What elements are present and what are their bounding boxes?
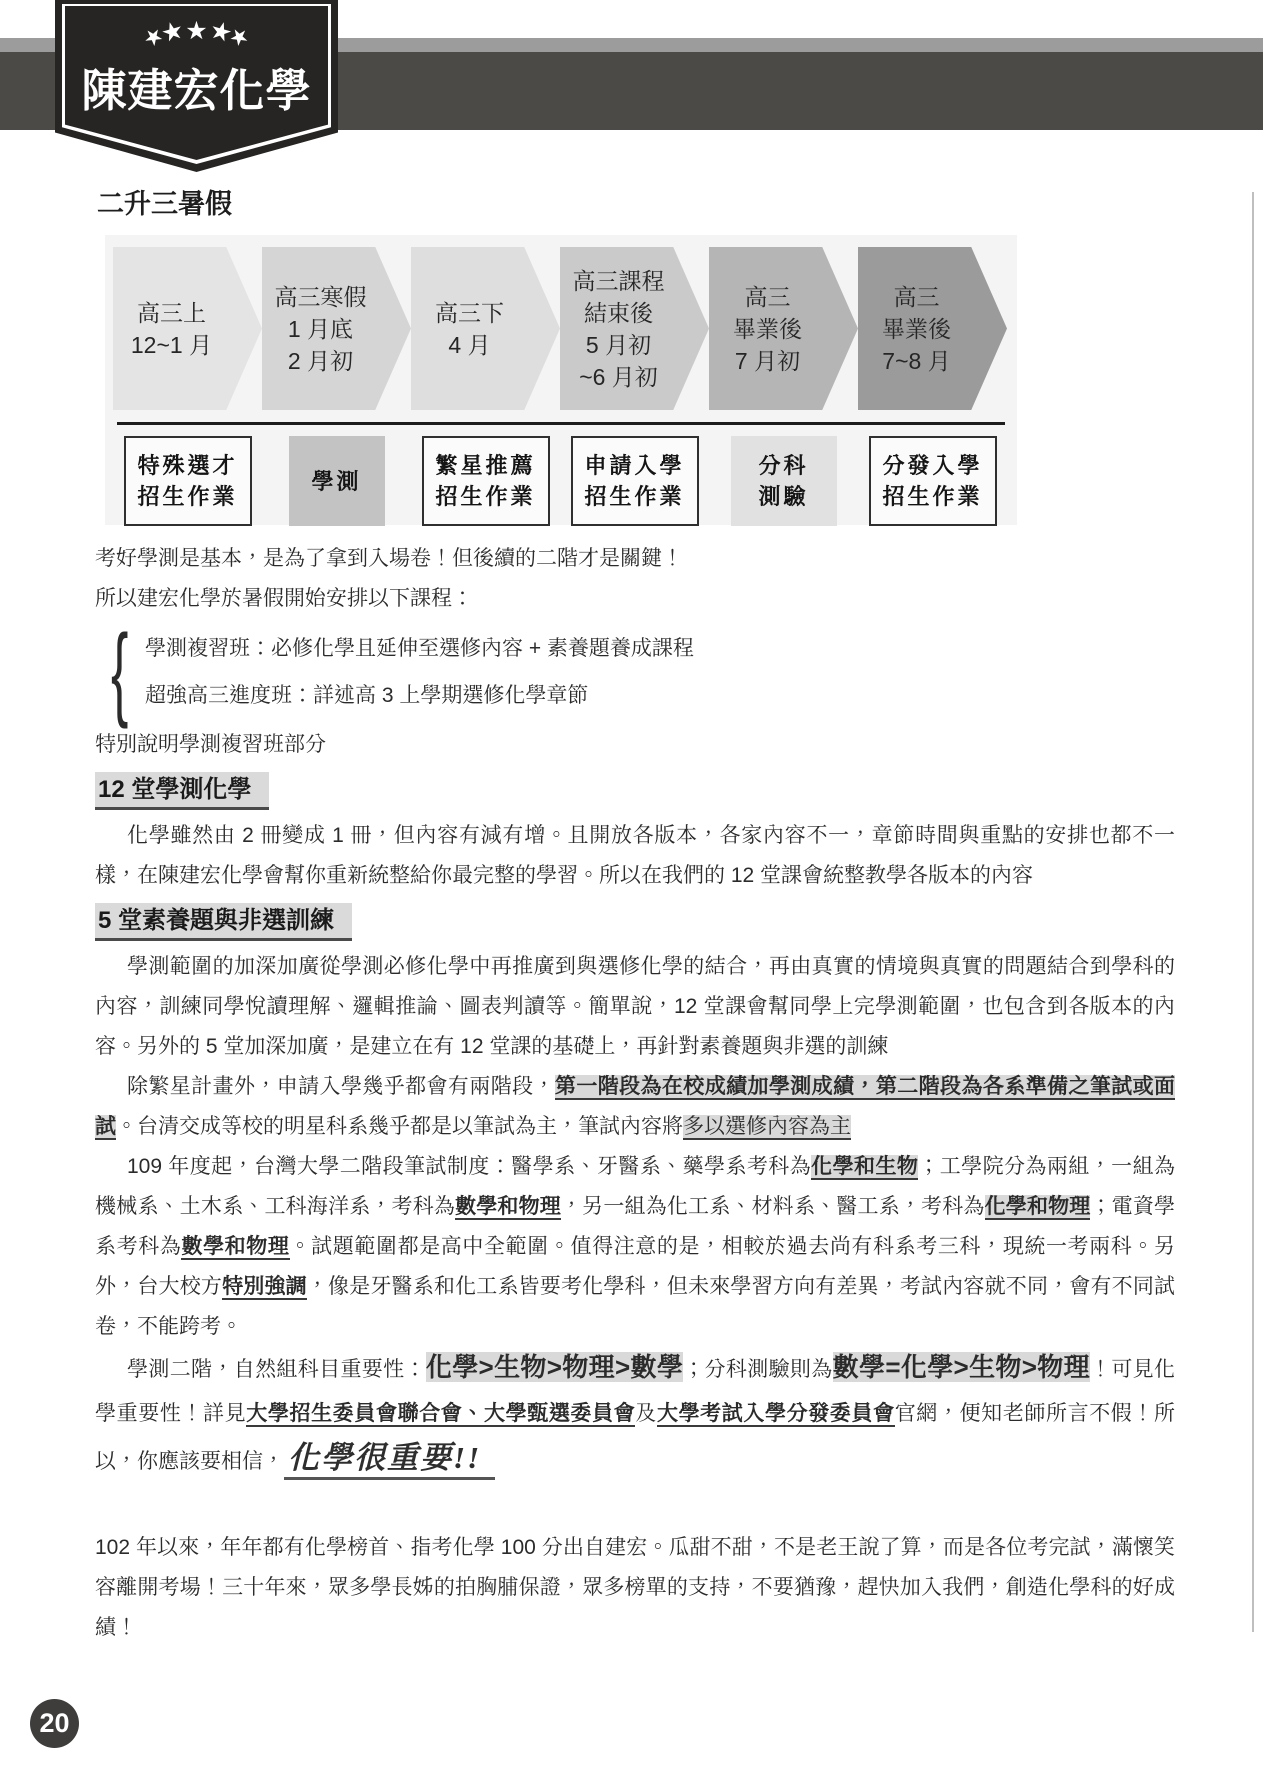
paragraph-intro-1: 考好學測是基本，是為了拿到入場卷！但後續的二階才是關鍵！ xyxy=(95,539,1175,579)
arrow-label: 高三上 xyxy=(137,297,206,329)
text-segment: ，另一組為化工系、材料系、醫工系，考科為 xyxy=(561,1195,985,1218)
arrow-label: 7 月初 xyxy=(735,345,800,377)
timeline-arrow: 高三課程結束後5 月初~6 月初 xyxy=(560,247,709,410)
timeline-arrow: 高三寒假1 月底2 月初 xyxy=(262,247,411,410)
arrow-label: 畢業後 xyxy=(733,313,802,345)
paragraph-note: 特別說明學測複習班部分 xyxy=(95,725,1175,765)
event-label: 繁星推薦 xyxy=(424,450,548,481)
arrow-label: 1 月底 xyxy=(288,313,353,345)
brace-icon: { xyxy=(111,622,128,722)
section-title: 二升三暑假 xyxy=(97,182,1263,221)
arrow-label: 7~8 月 xyxy=(882,345,950,377)
highlight-elective-content: 多以選修內容為主 xyxy=(683,1115,851,1140)
heading-5-classes: 5 堂素養題與非選訓練 xyxy=(95,903,352,941)
event-label: 分科 xyxy=(731,450,837,481)
event-label: 招生作業 xyxy=(573,481,697,512)
event-label: 測驗 xyxy=(731,481,837,512)
body-text: 考好學測是基本，是為了拿到入場卷！但後續的二階才是關鍵！ 所以建宏化學於暑假開始… xyxy=(95,539,1175,1648)
timeline-separator xyxy=(117,422,1005,425)
event-label: 分發入學 xyxy=(871,450,995,481)
highlight-chem-phys: 化學和物理 xyxy=(985,1195,1091,1220)
page-number-badge: 20 xyxy=(30,1699,79,1748)
timeline-diagram: 高三上12~1 月 高三寒假1 月底2 月初 高三下4 月 高三課程結束後5 月… xyxy=(105,235,1017,525)
course-brace-list: { 學測複習班：必修化學且延伸至選修內容 + 素養題養成課程 超強高三進度班：詳… xyxy=(111,622,1175,722)
highlight-math-phys-1: 數學和物理 xyxy=(455,1195,561,1220)
event-label: 特殊選才 xyxy=(126,450,250,481)
event-label: 招生作業 xyxy=(871,481,995,512)
course-item-1: 學測複習班：必修化學且延伸至選修內容 + 素養題養成課程 xyxy=(145,625,694,672)
event-box-gsat: 學測 xyxy=(289,436,385,526)
paragraph-12-classes: 化學雖然由 2 冊變成 1 冊，但內容有減有增。且開放各版本，各家內容不一，章節… xyxy=(95,816,1175,896)
paragraph-intro-2: 所以建宏化學於暑假開始安排以下課程： xyxy=(95,579,1175,619)
timeline-arrow: 高三下4 月 xyxy=(411,247,560,410)
highlight-ast-ranking: 數學=化學>生物>物理 xyxy=(833,1352,1090,1382)
event-label: 招生作業 xyxy=(126,481,250,512)
page-number: 20 xyxy=(39,1708,69,1739)
timeline-event-row: 特殊選才招生作業 學測 繁星推薦招生作業 申請入學招生作業 分科測驗 分發入學招… xyxy=(113,436,1009,526)
highlight-committee-2: 大學考試入學分發委員會 xyxy=(657,1402,895,1427)
paragraph-subject-importance: 學測二階，自然組科目重要性：化學>生物>物理>數學；分科測驗則為數學=化學>生物… xyxy=(95,1347,1175,1484)
brand-badge: ★★★★★ 陳建宏化學 xyxy=(55,0,338,172)
slogan-chemistry-important: 化學很重要!! xyxy=(284,1440,495,1480)
arrow-label: 12~1 月 xyxy=(131,329,212,361)
highlight-special-emphasis: 特別強調 xyxy=(222,1275,307,1300)
event-label: 學測 xyxy=(289,466,385,497)
course-item-2: 超強高三進度班：詳述高 3 上學期選修化學章節 xyxy=(145,672,694,719)
arrow-label: 高三課程 xyxy=(573,265,665,297)
paragraph-ntu-exam-system: 109 年度起，台灣大學二階段筆試制度：醫學系、牙醫系、藥學系考科為化學和生物；… xyxy=(95,1147,1175,1347)
event-label: 招生作業 xyxy=(424,481,548,512)
timeline-arrow: 高三畢業後7~8 月 xyxy=(858,247,1007,410)
text-segment: 及 xyxy=(635,1402,657,1425)
text-segment: ；分科測驗則為 xyxy=(683,1358,832,1381)
text-segment: 學測二階，自然組科目重要性： xyxy=(127,1358,426,1381)
arrow-label: 高三寒假 xyxy=(275,281,367,313)
event-box-application: 申請入學招生作業 xyxy=(571,436,699,526)
event-box-ast: 分科測驗 xyxy=(731,436,837,526)
arrow-label: 5 月初 xyxy=(586,329,651,361)
brand-name: 陳建宏化學 xyxy=(55,54,338,119)
highlight-committee-1: 大學招生委員會聯合會、大學甄選委員會 xyxy=(246,1402,635,1427)
arrow-label: 4 月 xyxy=(448,329,490,361)
timeline-arrow: 高三上12~1 月 xyxy=(113,247,262,410)
arrow-label: 高三 xyxy=(894,281,940,313)
scan-edge-artifact xyxy=(1252,192,1254,1632)
arrow-label: 高三 xyxy=(745,281,791,313)
timeline-arrow: 高三畢業後7 月初 xyxy=(709,247,858,410)
event-label: 申請入學 xyxy=(573,450,697,481)
arrow-label: ~6 月初 xyxy=(579,361,658,393)
event-box-distribution: 分發入學招生作業 xyxy=(869,436,997,526)
arrow-label: 高三下 xyxy=(435,297,504,329)
text-segment: 除繁星計畫外，申請入學幾乎都會有兩階段， xyxy=(127,1075,555,1098)
timeline-arrow-row: 高三上12~1 月 高三寒假1 月底2 月初 高三下4 月 高三課程結束後5 月… xyxy=(113,247,1009,410)
arrow-label: 結束後 xyxy=(584,297,653,329)
heading-12-classes: 12 堂學測化學 xyxy=(95,772,269,810)
event-box-special-admission: 特殊選才招生作業 xyxy=(124,436,252,526)
highlight-math-phys-2: 數學和物理 xyxy=(181,1235,289,1260)
event-box-stars-program: 繁星推薦招生作業 xyxy=(422,436,550,526)
star-icon: ★ xyxy=(185,16,207,46)
arrow-label: 2 月初 xyxy=(288,345,353,377)
arrow-label: 畢業後 xyxy=(882,313,951,345)
paragraph-track-record: 102 年以來，年年都有化學榜首、指考化學 100 分出自建宏。瓜甜不甜，不是老… xyxy=(95,1528,1175,1648)
stars-icon: ★★★★★ xyxy=(55,16,338,50)
paragraph-two-stages: 除繁星計畫外，申請入學幾乎都會有兩階段，第一階段為在校成績加學測成績，第二階段為… xyxy=(95,1067,1175,1147)
text-segment: 。台清交成等校的明星科系幾乎都是以筆試為主，筆試內容將 xyxy=(116,1115,683,1138)
paragraph-5-classes: 學測範圍的加深加廣從學測必修化學中再推廣到與選修化學的結合，再由真實的情境與真實… xyxy=(95,947,1175,1067)
highlight-gsat-ranking: 化學>生物>物理>數學 xyxy=(426,1352,683,1382)
highlight-chem-bio: 化學和生物 xyxy=(811,1155,918,1180)
text-segment: 109 年度起，台灣大學二階段筆試制度：醫學系、牙醫系、藥學系考科為 xyxy=(127,1155,811,1178)
